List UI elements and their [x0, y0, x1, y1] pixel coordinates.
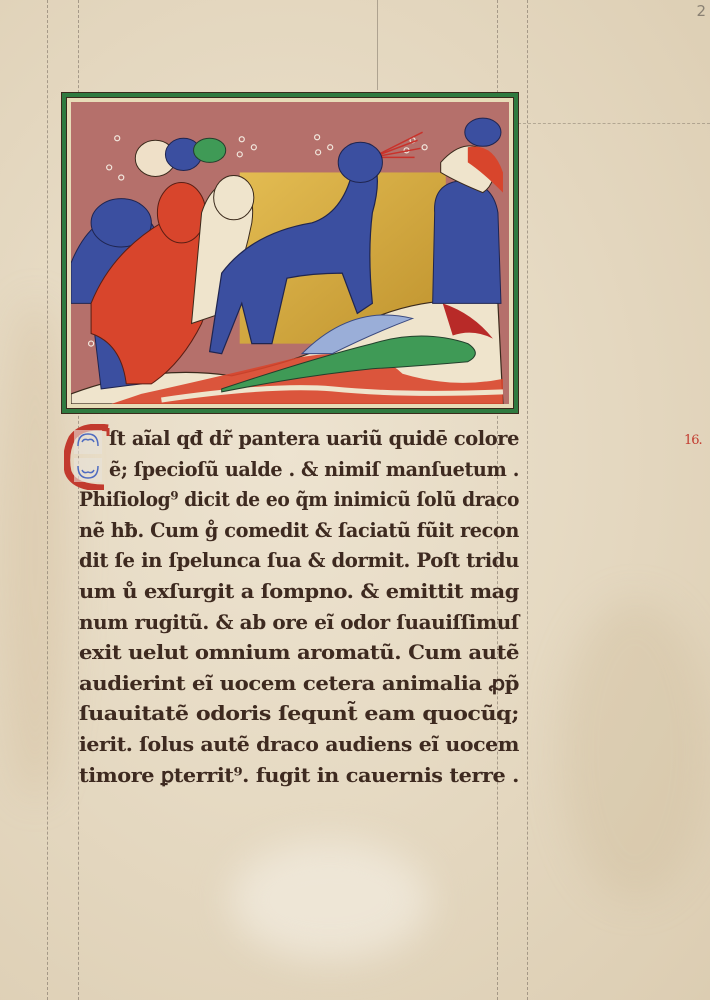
text-line: nẽ hƀ. Cum g̊ comedit & ſaciatũ fũit rec…	[79, 516, 519, 547]
text-line: audierint eı̃ uocem cetera animalia ꝓp̃	[79, 669, 519, 700]
text-line: ẽ; ſpecioſũ ualde . & nimiſ manſuetum .	[79, 455, 519, 486]
text-line: ſuauitatẽ odoris ſequnt̃ eam quocũq;	[79, 699, 519, 730]
parchment-crease	[377, 0, 378, 90]
miniature-frame	[62, 93, 518, 413]
blue-beast-right	[433, 181, 501, 304]
manuscript-page: 2 16.	[0, 0, 710, 1000]
text-line: exit uelut omnium aromatũ. Cum autẽ	[79, 638, 519, 669]
margin-note: 16.	[684, 433, 702, 448]
text-line: num rugitũ. & ab ore eı̃ odor ſuauiſſimu…	[79, 608, 519, 639]
ruling-line	[518, 123, 710, 124]
text-line: Phiſiolog⁹ dicit de eo q̃m inimicũ ſolũ …	[79, 485, 519, 516]
text-column: ſt aĩal qđ dr̃ pantera uariũ quidē color…	[79, 424, 519, 791]
text-line: timore ꝑterrit⁹. fugit in cauernis terre…	[79, 761, 519, 792]
text-line: um ů exſurgit a ſompno. & emittit mag	[79, 577, 519, 608]
parchment-stain	[230, 840, 430, 960]
panther-scene-image	[71, 102, 509, 404]
text-line: ſt aĩal qđ dr̃ pantera uariũ quidē color…	[79, 424, 519, 455]
text-line: dit ſe in ſpelunca ſua & dormit. Poſt tr…	[79, 546, 519, 577]
text-line: ierit. ſolus autẽ draco audiens eı̃ uoce…	[79, 730, 519, 761]
folio-number: 2	[696, 2, 706, 20]
ruling-line	[527, 0, 528, 1000]
parchment-stain	[0, 300, 70, 800]
miniature-illustration	[67, 98, 513, 408]
ruling-line	[47, 0, 48, 1000]
parchment-stain	[560, 600, 710, 900]
